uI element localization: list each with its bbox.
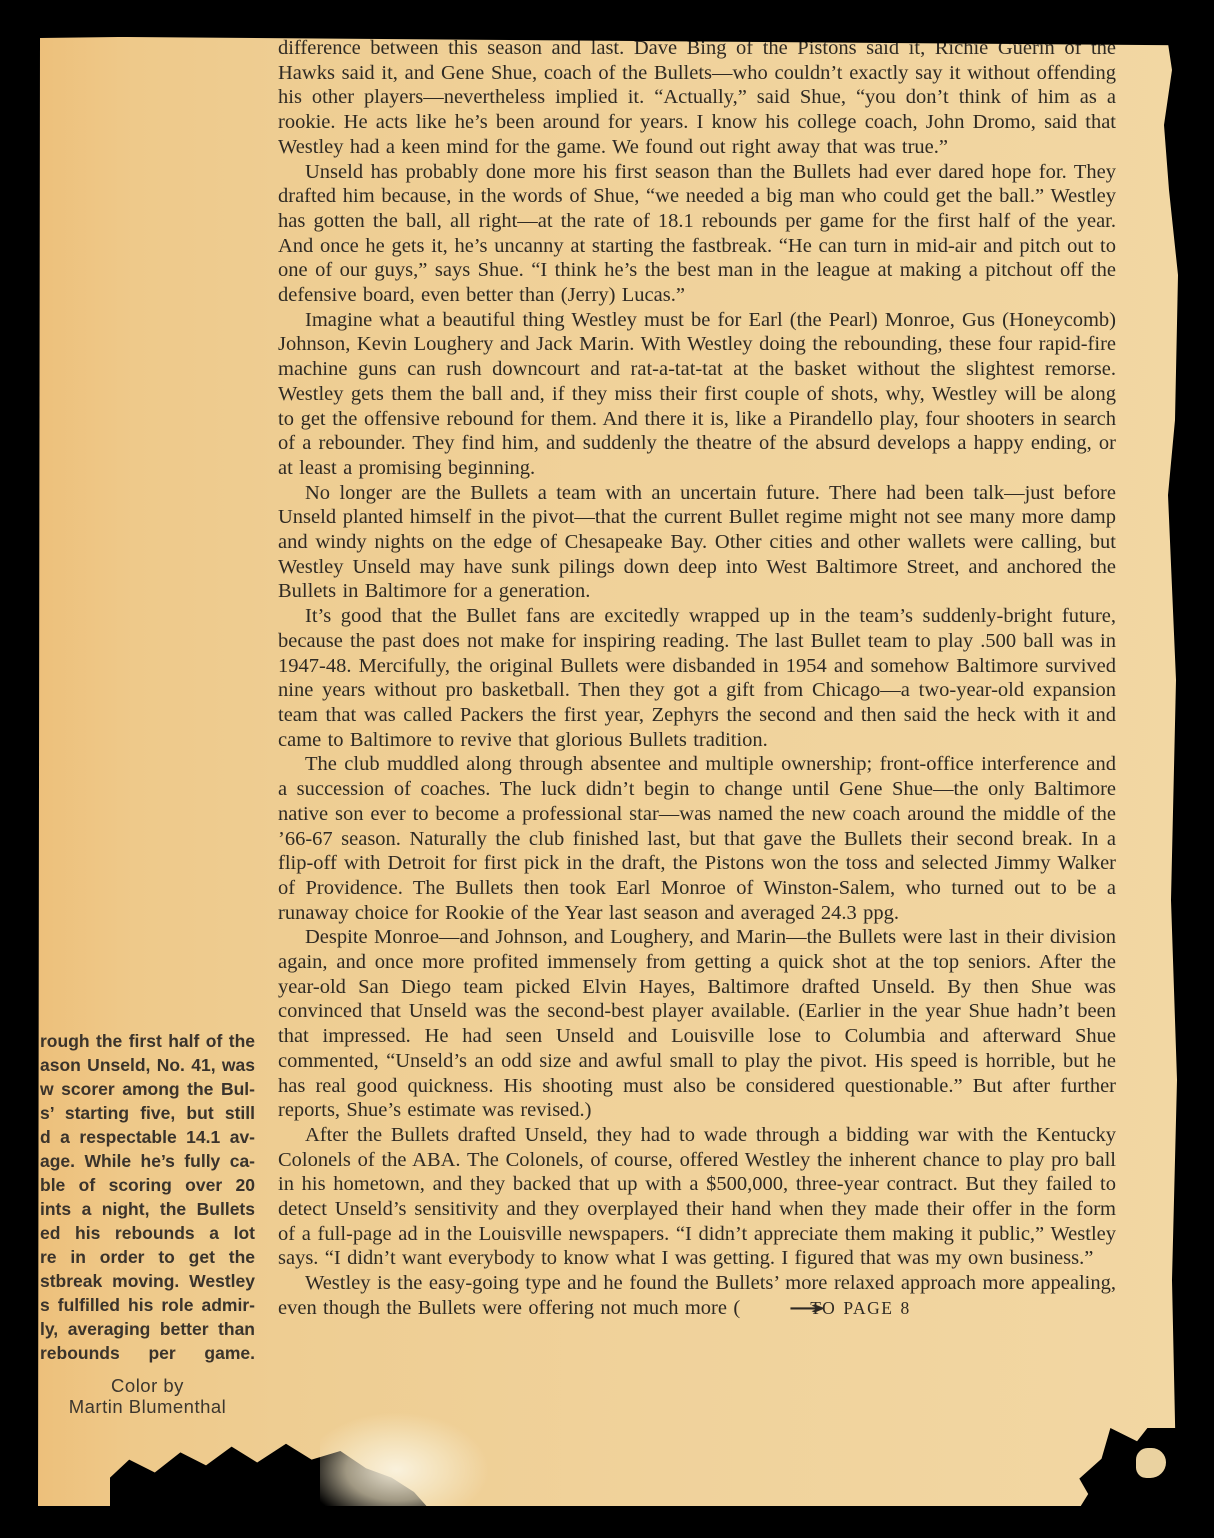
credit-line: Martin Blumenthal	[40, 1396, 255, 1417]
scan-edge-bottom	[0, 1506, 1214, 1538]
continuation-arrow-icon: →	[721, 1297, 826, 1322]
photo-credit: Color by Martin Blumenthal	[40, 1375, 255, 1417]
caption-line: ble of scoring over 20	[40, 1173, 255, 1197]
article-paragraph: difference between this season and last.…	[278, 36, 1116, 160]
article-paragraph: After the Bullets drafted Unseld, they h…	[278, 1123, 1116, 1271]
article-text: difference between this season and last.…	[278, 36, 1116, 1322]
article-paragraph: Imagine what a beautiful thing Westley m…	[278, 308, 1116, 481]
article-paragraph: It’s good that the Bullet fans are excit…	[278, 604, 1116, 752]
caption-line: w scorer among the Bul-	[40, 1077, 255, 1101]
article-paragraph: Westley is the easy-going type and he fo…	[278, 1271, 1116, 1321]
article-paragraph: Unseld has probably done more his first …	[278, 160, 1116, 308]
caption-line: rebounds per game.	[40, 1341, 255, 1365]
photo-caption: rough the first half of the ason Unseld,…	[40, 1029, 255, 1417]
caption-line: s’ starting five, but still	[40, 1101, 255, 1125]
article-paragraph: The club muddled along through absentee …	[278, 752, 1116, 925]
caption-line: ints a night, the Bullets	[40, 1197, 255, 1221]
caption-line: ason Unseld, No. 41, was	[40, 1053, 255, 1077]
caption-line: re in order to get the	[40, 1245, 255, 1269]
caption-line: stbreak moving. Westley	[40, 1269, 255, 1293]
caption-line: age. While he’s fully ca-	[40, 1149, 255, 1173]
scan-background: rough the first half of the ason Unseld,…	[0, 0, 1214, 1538]
caption-line: ed his rebounds a lot	[40, 1221, 255, 1245]
torn-paper-fibers	[320, 1412, 490, 1517]
caption-line: ly, averaging better than	[40, 1317, 255, 1341]
caption-line: rough the first half of the	[40, 1029, 255, 1053]
article-paragraph-text: Westley is the easy-going type and he fo…	[278, 1272, 1116, 1319]
caption-line: s fulfilled his role admir-	[40, 1293, 255, 1317]
caption-line: d a respectable 14.1 av-	[40, 1125, 255, 1149]
article-paragraph: No longer are the Bullets a team with an…	[278, 481, 1116, 605]
credit-line: Color by	[40, 1375, 255, 1396]
magazine-clipping: rough the first half of the ason Unseld,…	[38, 30, 1178, 1516]
article-paragraph: Despite Monroe—and Johnson, and Loughery…	[278, 925, 1116, 1123]
